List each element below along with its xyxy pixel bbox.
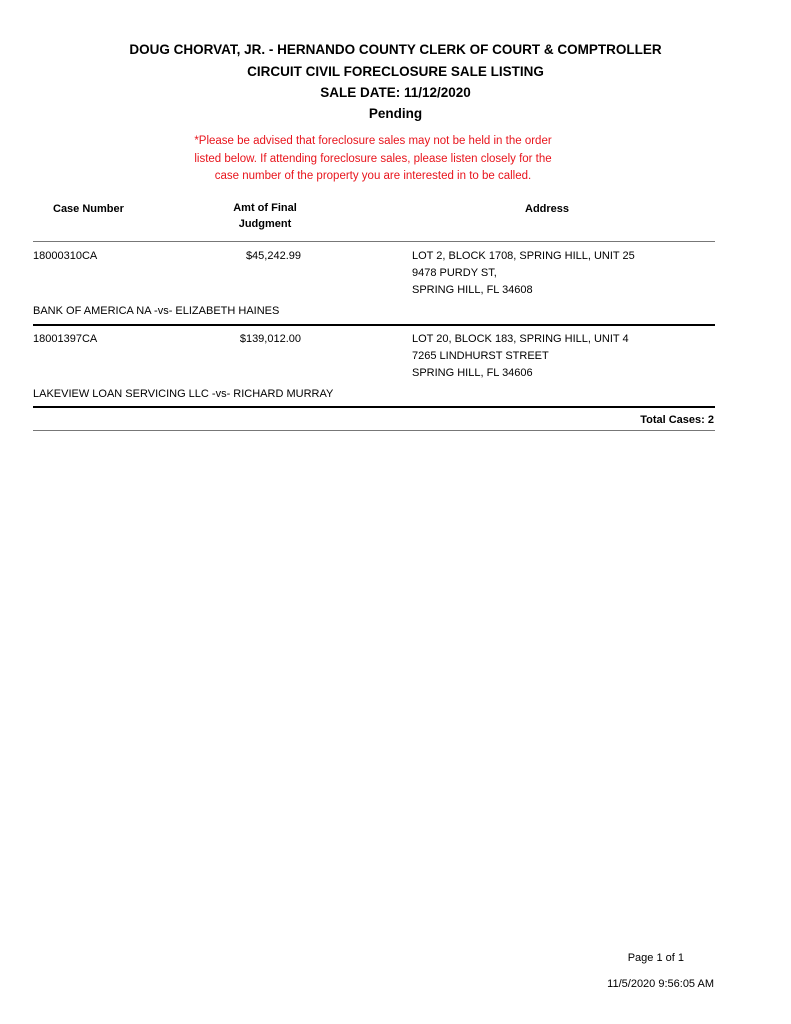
notice-line: listed below. If attending foreclosure s…: [0, 151, 746, 169]
page-number: Page 1 of 1: [560, 952, 684, 964]
judgment-amount: $139,012.00: [200, 331, 301, 348]
property-address: LOT 20, BLOCK 183, SPRING HILL, UNIT 4 7…: [412, 331, 629, 382]
total-divider: [33, 430, 715, 431]
case-parties: BANK OF AMERICA NA -vs- ELIZABETH HAINES: [33, 303, 279, 320]
report-subtitle: CIRCUIT CIVIL FORECLOSURE SALE LISTING: [0, 64, 791, 79]
sale-date: SALE DATE: 11/12/2020: [0, 85, 791, 100]
address-line: SPRING HILL, FL 34606: [412, 365, 629, 382]
total-cases: Total Cases: 2: [500, 412, 714, 429]
amount-header-line: Judgment: [220, 216, 310, 232]
address-line: LOT 2, BLOCK 1708, SPRING HILL, UNIT 25: [412, 248, 635, 265]
column-header-address: Address: [525, 201, 569, 217]
notice-text: *Please be advised that foreclosure sale…: [0, 133, 746, 186]
amount-header-line: Amt of Final: [220, 200, 310, 216]
notice-line: *Please be advised that foreclosure sale…: [0, 133, 746, 151]
property-address: LOT 2, BLOCK 1708, SPRING HILL, UNIT 25 …: [412, 248, 635, 299]
case-number: 18000310CA: [33, 248, 97, 265]
address-line: 9478 PURDY ST,: [412, 265, 635, 282]
judgment-amount: $45,242.99: [200, 248, 301, 265]
column-header-case-number: Case Number: [53, 201, 124, 217]
case-divider: [33, 406, 715, 408]
address-line: SPRING HILL, FL 34608: [412, 282, 635, 299]
report-title: DOUG CHORVAT, JR. - HERNANDO COUNTY CLER…: [0, 42, 791, 57]
column-header-amount: Amt of Final Judgment: [220, 200, 310, 232]
generated-timestamp: 11/5/2020 9:56:05 AM: [540, 978, 714, 990]
notice-line: case number of the property you are inte…: [0, 168, 746, 186]
address-line: LOT 20, BLOCK 183, SPRING HILL, UNIT 4: [412, 331, 629, 348]
header-divider: [33, 241, 715, 242]
case-divider: [33, 324, 715, 326]
address-line: 7265 LINDHURST STREET: [412, 348, 629, 365]
case-number: 18001397CA: [33, 331, 97, 348]
case-parties: LAKEVIEW LOAN SERVICING LLC -vs- RICHARD…: [33, 386, 333, 403]
status-label: Pending: [0, 106, 791, 121]
